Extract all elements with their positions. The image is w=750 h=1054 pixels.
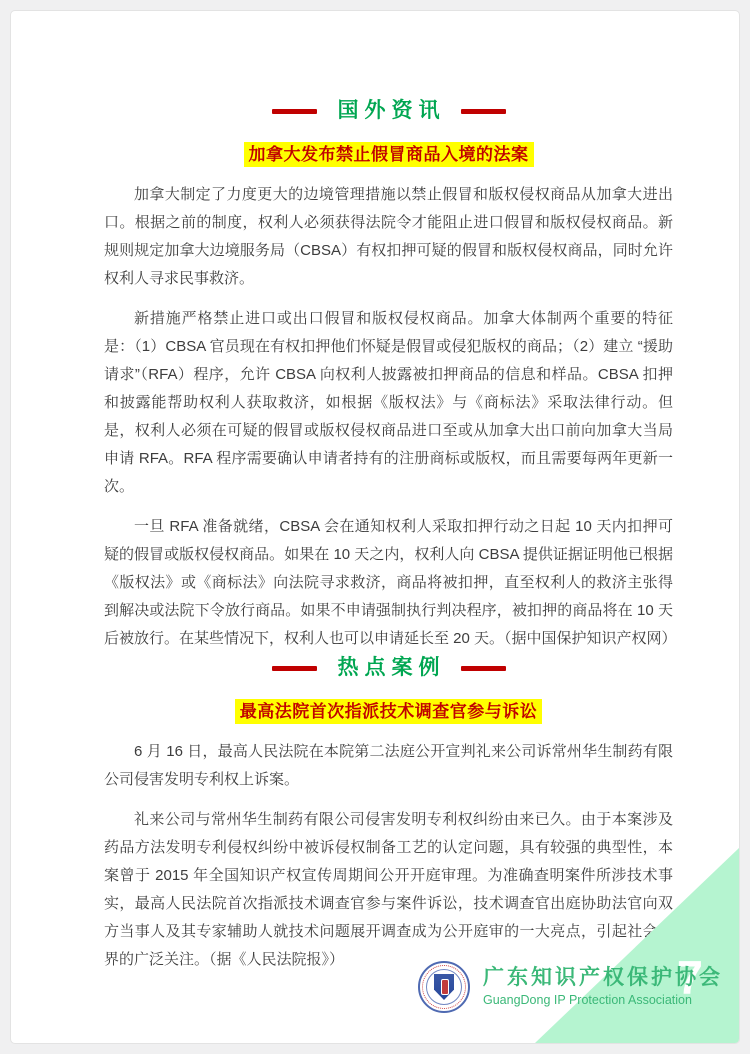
section-header-title: 国外资讯 xyxy=(332,99,446,123)
section-header-title: 热点案例 xyxy=(332,656,446,680)
section-header: 国外资讯 xyxy=(104,99,673,123)
section-header: 热点案例 xyxy=(104,656,673,680)
header-dash-right xyxy=(461,109,506,114)
organization-names: 广东知识产权保护协会 GuangDong IP Protection Assoc… xyxy=(483,966,723,1008)
header-dash-right xyxy=(461,666,506,671)
article-title-highlighted: 加拿大发布禁止假冒商品入境的法案 xyxy=(244,142,534,167)
document-viewer-background: 国外资讯 加拿大发布禁止假冒商品入境的法案 加拿大制定了力度更大的边境管理措施以… xyxy=(0,0,750,1054)
footer: 广东知识产权保护协会 GuangDong IP Protection Assoc… xyxy=(418,961,723,1013)
paragraph: 6 月 16 日，最高人民法院在本院第二法庭公开宣判礼来公司诉常州华生制药有限公… xyxy=(104,738,673,794)
paragraph: 加拿大制定了力度更大的边境管理措施以禁止假冒和版权侵权商品从加拿大进出口。根据之… xyxy=(104,181,673,293)
organization-name-english: GuangDong IP Protection Association xyxy=(483,993,723,1008)
article-title-highlighted: 最高法院首次指派技术调查官参与诉讼 xyxy=(235,699,543,724)
paragraph: 新措施严格禁止进口或出口假冒和版权侵权商品。加拿大体制两个重要的特征是：（1）C… xyxy=(104,305,673,501)
header-dash-left xyxy=(272,109,317,114)
section-foreign-news: 国外资讯 加拿大发布禁止假冒商品入境的法案 加拿大制定了力度更大的边境管理措施以… xyxy=(11,11,739,653)
header-dash-left xyxy=(272,666,317,671)
emblem-center-mark xyxy=(441,979,449,995)
paragraph: 礼来公司与常州华生制药有限公司侵害发明专利权纠纷由来已久。由于本案涉及药品方法发… xyxy=(104,806,673,974)
association-emblem-icon xyxy=(418,961,470,1013)
newsletter-page: 国外资讯 加拿大发布禁止假冒商品入境的法案 加拿大制定了力度更大的边境管理措施以… xyxy=(10,10,740,1044)
article-title-wrapper: 最高法院首次指派技术调查官参与诉讼 xyxy=(104,699,673,724)
section-hot-cases: 热点案例 最高法院首次指派技术调查官参与诉讼 6 月 16 日，最高人民法院在本… xyxy=(11,656,739,974)
paragraph: 一旦 RFA 准备就绪，CBSA 会在通知权利人采取扣押行动之日起 10 天内扣… xyxy=(104,513,673,653)
article-title-wrapper: 加拿大发布禁止假冒商品入境的法案 xyxy=(104,142,673,167)
organization-name-chinese: 广东知识产权保护协会 xyxy=(483,966,723,990)
